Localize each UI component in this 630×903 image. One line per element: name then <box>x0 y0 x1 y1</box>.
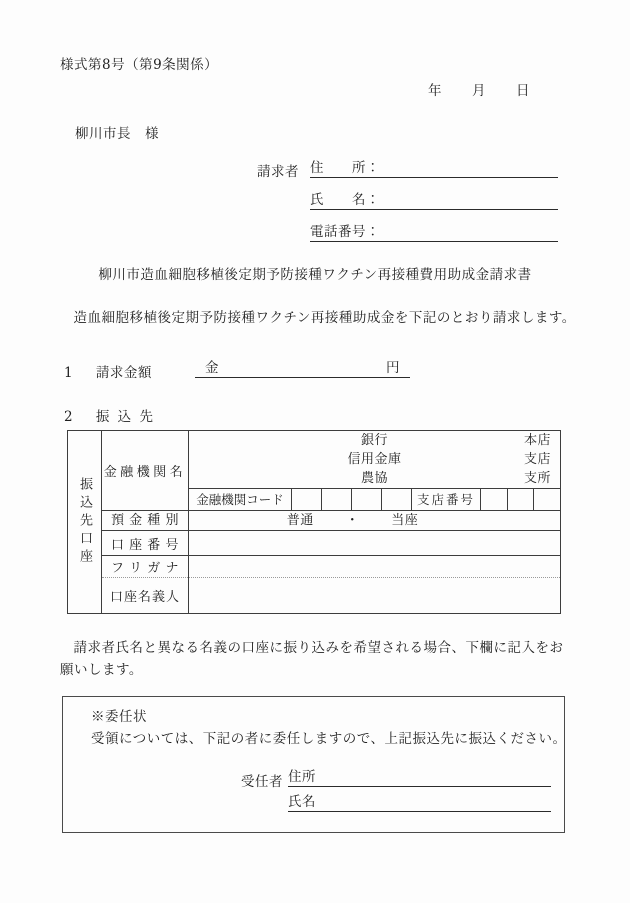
deposit-option-separator-dot: ・ <box>346 511 360 530</box>
account-number-label: 口 座 番 号 <box>102 531 188 556</box>
claimant-address-line: 住 所： <box>310 160 558 178</box>
transfer-item-label: 振 込 先 <box>96 409 155 425</box>
document-page: 様式第8号（第9条関係） 年 月 日 柳川市長 様 請求者 住 所： 氏 名： … <box>0 0 630 903</box>
bank-code-cell <box>291 489 321 510</box>
poa-delegate-label: 受任者 <box>241 770 283 790</box>
poa-body: 受領については、下記の者に委任しますので、上記振込先に振込ください。 <box>91 727 566 747</box>
amount-suffix: 円 <box>386 359 400 377</box>
institution-name-cell: 銀行 信用金庫 農協 本店 支店 支所 <box>189 431 560 489</box>
branch-code-cell <box>533 489 560 510</box>
branch-type-option-shisho: 支所 <box>524 469 551 488</box>
branch-code-label: 支店番号 <box>411 489 480 510</box>
transfer-table-label-column: 金融機関名 預 金 種 別 口 座 番 号 フ リ ガ ナ 口座名義人 <box>102 431 189 613</box>
form-number: 様式第8号（第9条関係） <box>60 53 218 73</box>
deposit-option-ordinary: 普通 <box>287 511 314 530</box>
document-title: 柳川市造血細胞移植後定期予防接種ワクチン再接種費用助成金請求書 <box>0 263 630 283</box>
institution-name-label: 金融機関名 <box>102 431 188 511</box>
bank-type-options: 銀行 信用金庫 農協 <box>189 431 560 488</box>
claimant-label: 請求者 <box>257 160 299 180</box>
amount-item: 1 請求金額 <box>64 361 152 381</box>
amount-item-number: 1 <box>64 365 73 381</box>
amount-fill-line: 金 円 <box>195 359 410 378</box>
declaration-text: 造血細胞移植後定期予防接種ワクチン再接種助成金を下記のとおり請求します。 <box>60 307 580 329</box>
poa-name-line: 氏名 <box>288 794 551 812</box>
bank-code-cell <box>321 489 351 510</box>
bank-code-cell <box>381 489 411 510</box>
bank-code-label: 金融機関コード <box>189 489 291 510</box>
poa-name-label: 氏名 <box>288 794 316 810</box>
day-label: 日 <box>516 79 530 99</box>
date-line: 年 月 日 <box>428 79 530 99</box>
claimant-name-label: 氏 名： <box>310 192 380 208</box>
bank-type-option-nokyo: 農協 <box>361 469 388 488</box>
transfer-table: 振込先口座 金融機関名 預 金 種 別 口 座 番 号 フ リ ガ ナ 口座名義… <box>67 430 561 614</box>
claimant-phone-line: 電話番号： <box>310 224 558 242</box>
year-label: 年 <box>428 79 442 99</box>
deposit-type-label: 預 金 種 別 <box>102 511 188 531</box>
amount-item-label: 請求金額 <box>96 365 152 381</box>
addressee: 柳川市長 様 <box>75 122 159 142</box>
claimant-address-label: 住 所： <box>310 160 380 176</box>
poa-title: ※委任状 <box>91 705 147 725</box>
amount-prefix: 金 <box>205 359 219 377</box>
branch-code-cell <box>507 489 534 510</box>
different-name-note: 請求者氏名と異なる名義の口座に振り込みを希望される場合、下欄に記入をお願いします… <box>60 637 572 681</box>
account-holder-label: 口座名義人 <box>102 578 188 613</box>
bank-type-option-bank: 銀行 <box>361 431 388 450</box>
branch-type-options: 本店 支店 支所 <box>524 431 551 488</box>
bank-code-cell <box>351 489 381 510</box>
transfer-account-side-label: 振込先口座 <box>78 477 91 567</box>
branch-type-option-shiten: 支店 <box>524 450 551 469</box>
month-label: 月 <box>472 79 486 99</box>
deposit-option-current: 当座 <box>391 511 418 530</box>
branch-type-option-honten: 本店 <box>524 431 551 450</box>
claimant-name-line: 氏 名： <box>310 192 558 210</box>
poa-address-label: 住所 <box>288 769 316 785</box>
code-row: 金融機関コード 支店番号 <box>189 489 560 511</box>
transfer-item: 2 振 込 先 <box>64 405 155 425</box>
account-number-cell <box>189 531 560 556</box>
poa-box: ※委任状 受領については、下記の者に委任しますので、上記振込先に振込ください。 … <box>62 696 565 833</box>
branch-code-cell <box>480 489 507 510</box>
bank-type-option-shinkin: 信用金庫 <box>347 450 401 469</box>
transfer-account-side-cell: 振込先口座 <box>68 431 102 613</box>
transfer-table-content-column: 銀行 信用金庫 農協 本店 支店 支所 金融機関コード 支店番号 <box>189 431 560 613</box>
furigana-cell <box>189 556 560 578</box>
claimant-phone-label: 電話番号： <box>310 224 380 240</box>
account-holder-cell <box>189 578 560 613</box>
transfer-item-number: 2 <box>64 409 73 425</box>
deposit-type-cell: 普通 ・ 当座 <box>189 511 560 531</box>
poa-address-line: 住所 <box>288 769 551 787</box>
furigana-label: フ リ ガ ナ <box>102 556 188 578</box>
